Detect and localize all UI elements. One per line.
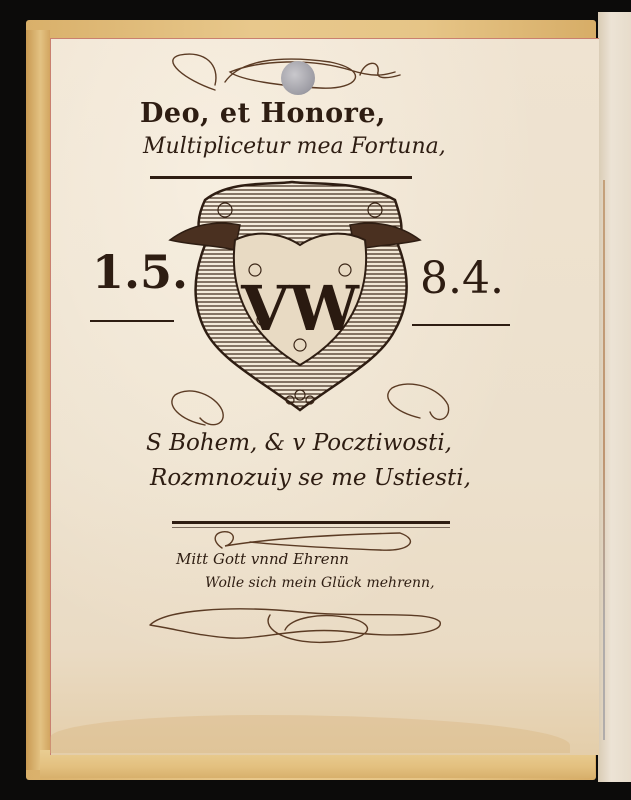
motto-czech-line2: Rozmnozuiy se me Ustiesti, [150, 465, 471, 491]
divider-bottom-thin [172, 527, 450, 528]
divider-bottom [172, 521, 450, 524]
coat-of-arms: VW [0, 0, 631, 800]
motto-german-line1: Mitt Gott vnnd Ehrenn [176, 550, 349, 568]
monogram: VW [240, 272, 360, 345]
motto-czech-line1: S Bohem, & v Pocztiwosti, [146, 430, 452, 456]
motto-german-line2: Wolle sich mein Glück mehrenn, [205, 575, 435, 591]
